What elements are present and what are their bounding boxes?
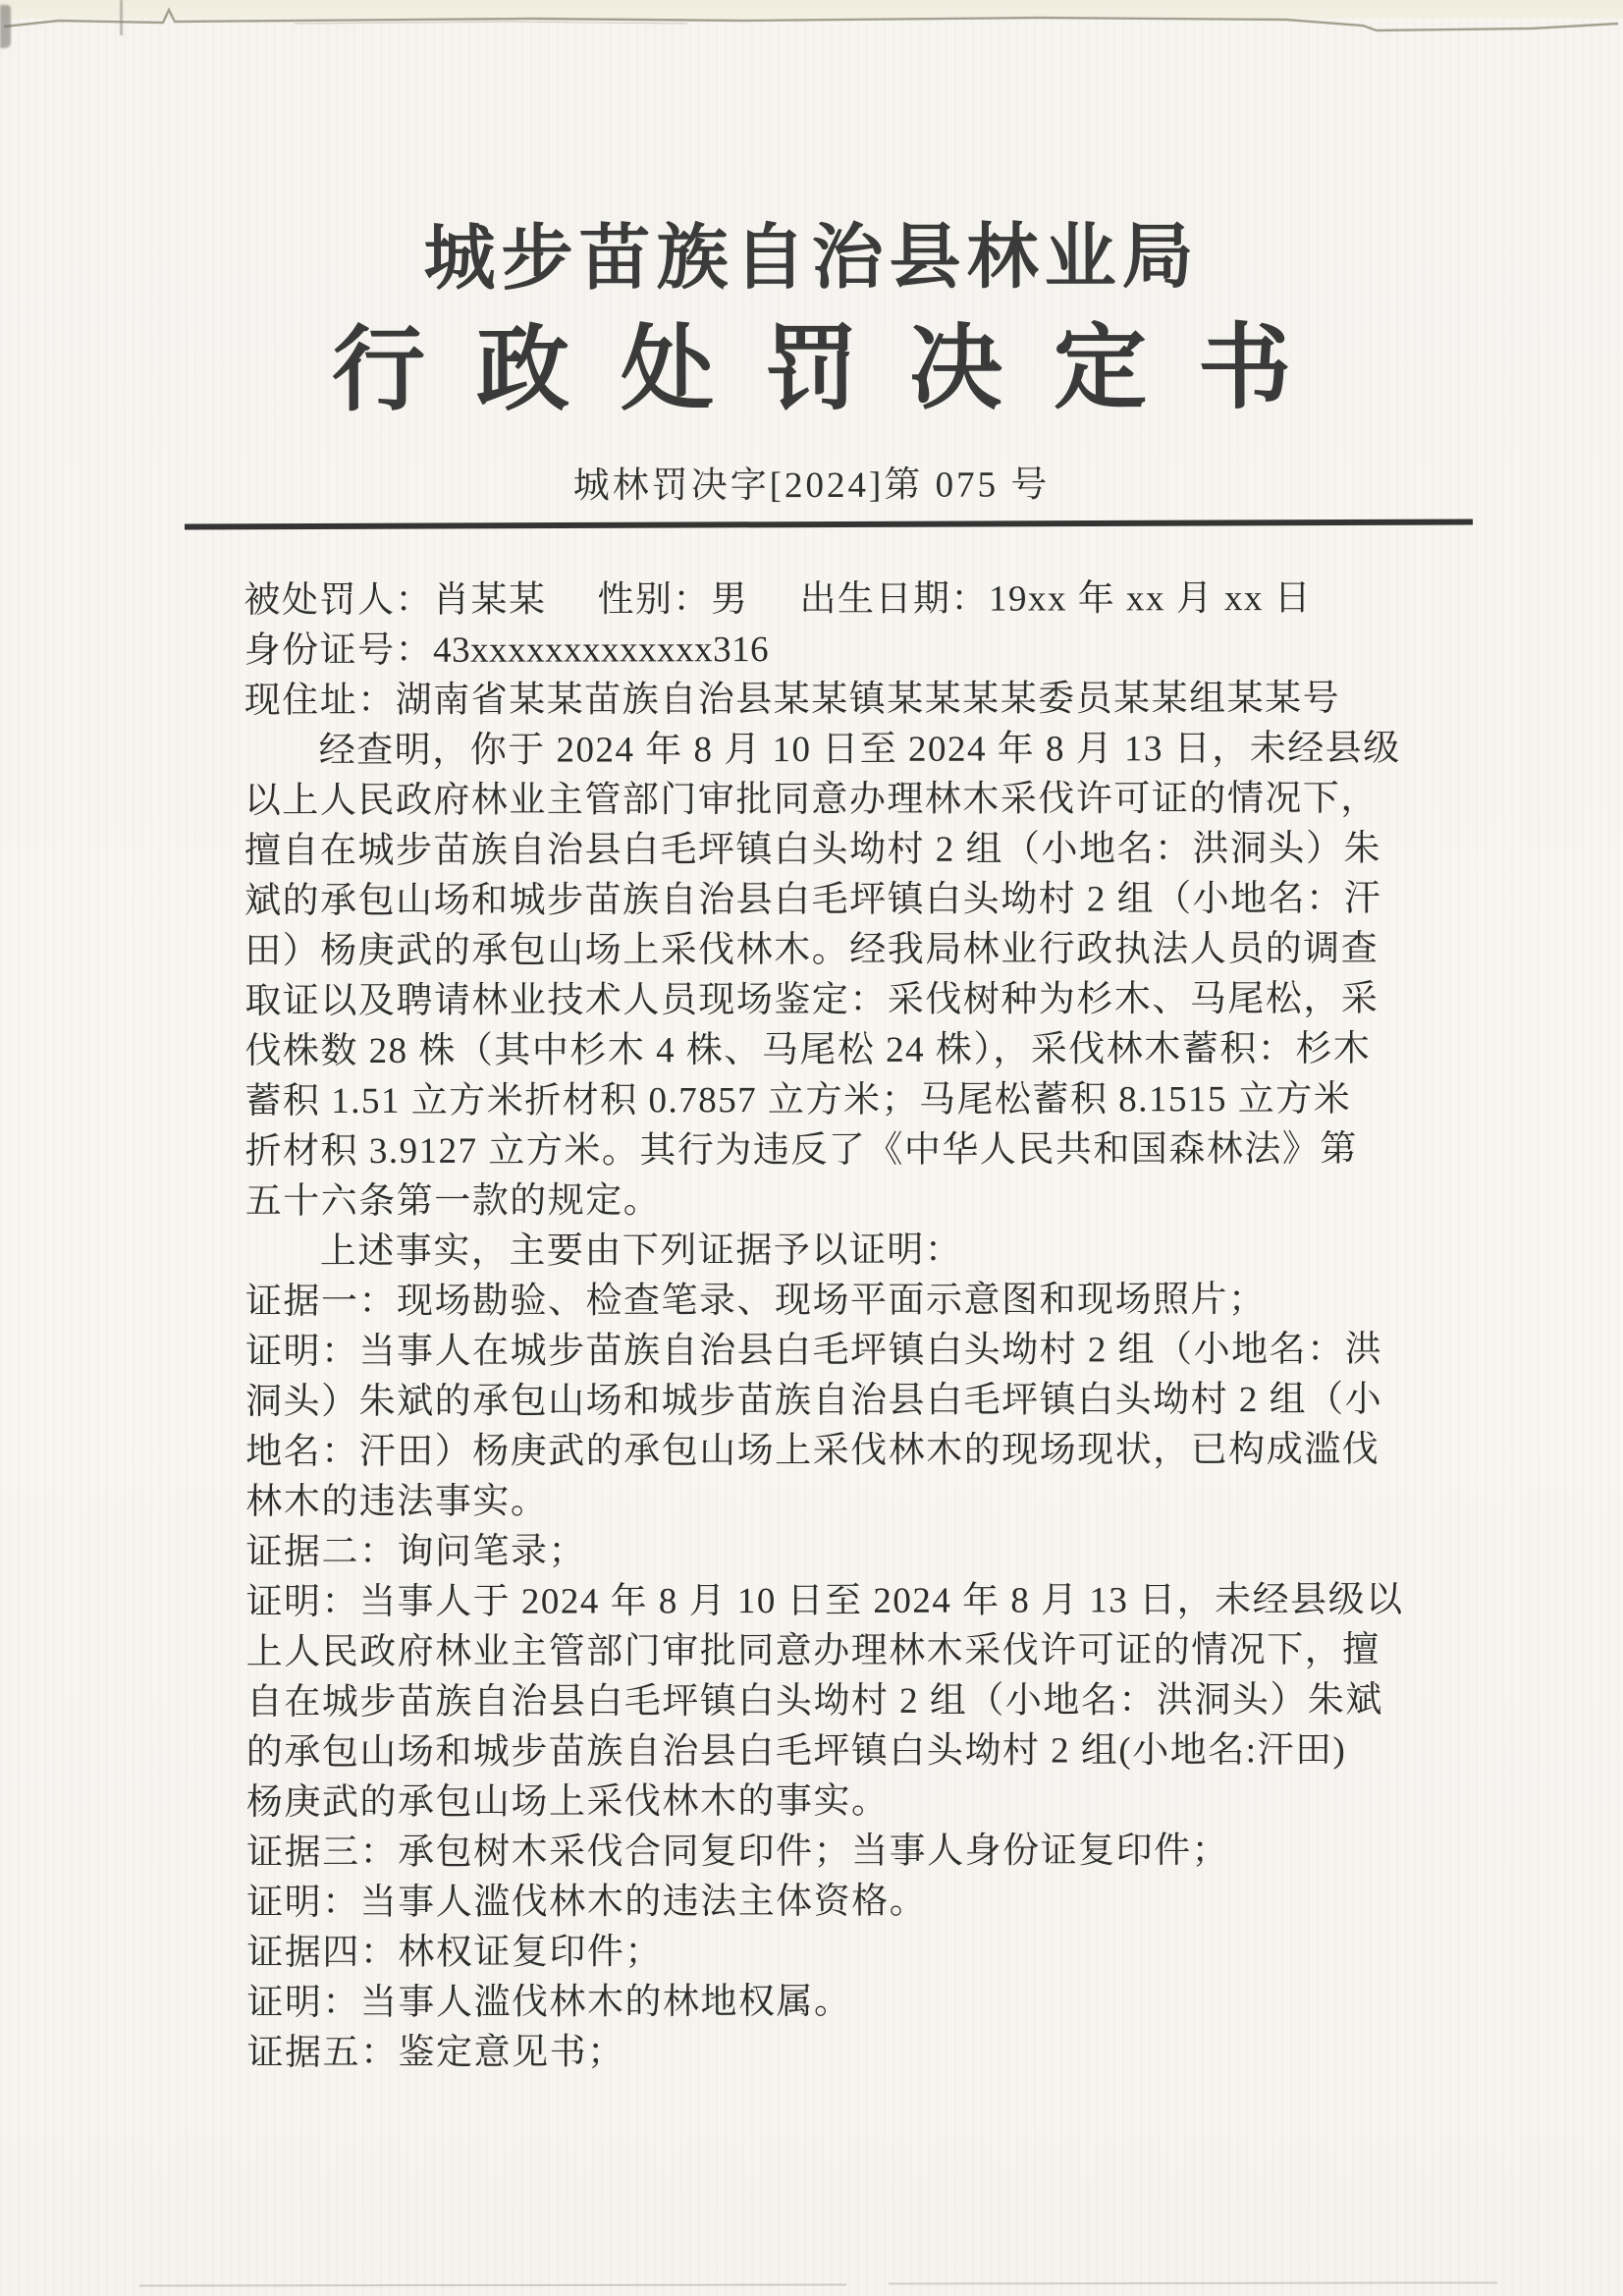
scan-corner-smudge xyxy=(0,5,11,48)
evidence-line: 杨庚武的承包山场上采伐林木的事实。 xyxy=(246,1776,1395,1828)
evidence-line: 上人民政府林业主管部门审批同意办理林木采伐许可证的情况下，擅 xyxy=(246,1625,1395,1677)
org-title: 城步苗族自治县林业局 xyxy=(0,197,1623,304)
evidence-line: 的承包山场和城步苗族自治县白毛坪镇白头坳村 2 组(小地名:汗田) xyxy=(246,1725,1395,1777)
evidence-line: 洞头）朱斌的承包山场和城步苗族自治县白毛坪镇白头坳村 2 组（小 xyxy=(245,1375,1394,1427)
subject-gender-label: 性别： xyxy=(597,574,711,625)
facts-line: 斌的承包山场和城步苗族自治县白毛坪镇白头坳村 2 组（小地名：汗 xyxy=(244,874,1393,926)
subject-id-label: 身份证号： xyxy=(244,630,434,671)
subject-name-label: 被处罚人： xyxy=(243,575,433,626)
subject-address-value: 湖南省某某苗族自治县某某镇某某某某委员某某组某某号 xyxy=(396,679,1341,721)
evidence-line: 证据一：现场勘验、检查笔录、现场平面示意图和现场照片； xyxy=(245,1275,1394,1327)
subject-dob-value: 19xx 年 xx 月 xx 日 xyxy=(989,574,1312,625)
evidence-intro-line: 上述事实，主要由下列证据予以证明： xyxy=(245,1225,1394,1277)
subject-dob-label: 出生日期： xyxy=(799,574,989,625)
evidence-line: 证明：当事人在城步苗族自治县白毛坪镇白头坳村 2 组（小地名：洪 xyxy=(245,1325,1394,1377)
subject-gender-group: 性别：男 xyxy=(597,574,748,625)
subject-name-group: 被处罚人：肖某某 xyxy=(243,575,546,627)
subject-info-line: 被处罚人：肖某某 性别：男 出生日期：19xx 年 xx 月 xx 日 xyxy=(243,574,1392,626)
doc-number: 城林罚决字[2024]第 075 号 xyxy=(0,453,1623,510)
scanned-document-page: 城步苗族自治县林业局 行政处罚决定书 城林罚决字[2024]第 075 号 被处… xyxy=(0,0,1623,2296)
facts-line: 以上人民政府林业主管部门审批同意办理林木采伐许可证的情况下， xyxy=(244,774,1393,826)
evidence-line: 证明：当事人于 2024 年 8 月 10 日至 2024 年 8 月 13 日… xyxy=(246,1575,1395,1627)
subject-dob-group: 出生日期：19xx 年 xx 月 xx 日 xyxy=(799,574,1312,625)
scan-bottom-artifact-left xyxy=(139,2283,846,2286)
facts-line: 蓄积 1.51 立方米折材积 0.7857 立方米；马尾松蓄积 8.1515 立… xyxy=(244,1074,1393,1126)
facts-line: 田）杨庚武的承包山场上采伐林木。经我局林业行政执法人员的调查 xyxy=(244,924,1393,976)
evidence-line: 证据三：承包树木采伐合同复印件；当事人身份证复印件； xyxy=(246,1826,1395,1878)
evidence-line: 证明：当事人滥伐林木的林地权属。 xyxy=(246,1976,1395,2028)
evidence-line: 证明：当事人滥伐林木的违法主体资格。 xyxy=(246,1876,1395,1928)
facts-line: 伐株数 28 株（其中杉木 4 株、马尾松 24 株），采伐林木蓄积：杉木 xyxy=(244,1024,1393,1076)
subject-name-value: 肖某某 xyxy=(433,575,547,626)
subject-address-line: 现住址：湖南省某某苗族自治县某某镇某某某某委员某某组某某号 xyxy=(244,674,1393,726)
evidence-line: 证据四：林权证复印件； xyxy=(246,1926,1395,1978)
doc-title: 行政处罚决定书 xyxy=(0,293,1623,430)
facts-line: 折材积 3.9127 立方米。其行为违反了《中华人民共和国森林法》第 xyxy=(245,1124,1394,1176)
facts-line: 五十六条第一款的规定。 xyxy=(245,1175,1394,1227)
evidence-line: 林木的违法事实。 xyxy=(245,1475,1394,1527)
subject-id-value: 43xxxxxxxxxxxxx316 xyxy=(433,629,769,671)
subject-gender-value: 男 xyxy=(711,574,749,625)
document-body: 被处罚人：肖某某 性别：男 出生日期：19xx 年 xx 月 xx 日 身份证号… xyxy=(243,574,1395,2078)
facts-line: 擅自在城步苗族自治县白毛坪镇白头坳村 2 组（小地名：洪洞头）朱 xyxy=(244,824,1393,876)
facts-line: 经查明，你于 2024 年 8 月 10 日至 2024 年 8 月 13 日，… xyxy=(244,724,1393,776)
subject-address-label: 现住址： xyxy=(244,681,396,721)
evidence-line: 证据二：询问笔录； xyxy=(245,1525,1394,1577)
evidence-line: 自在城步苗族自治县白毛坪镇白头坳村 2 组（小地名：洪洞头）朱斌 xyxy=(246,1675,1395,1727)
header-divider-rule xyxy=(185,519,1473,529)
facts-line: 取证以及聘请林业技术人员现场鉴定：采伐树种为杉木、马尾松，采 xyxy=(244,974,1393,1026)
scan-edge-tick xyxy=(120,0,123,35)
subject-id-line: 身份证号：43xxxxxxxxxxxxx316 xyxy=(244,624,1393,676)
scan-paper-edge-line xyxy=(0,0,1623,59)
evidence-line: 地名：汗田）杨庚武的承包山场上采伐林木的现场现状，已构成滥伐 xyxy=(245,1425,1394,1477)
scan-bottom-artifact-right xyxy=(889,2281,1497,2284)
evidence-line: 证据五：鉴定意见书； xyxy=(246,2026,1395,2078)
